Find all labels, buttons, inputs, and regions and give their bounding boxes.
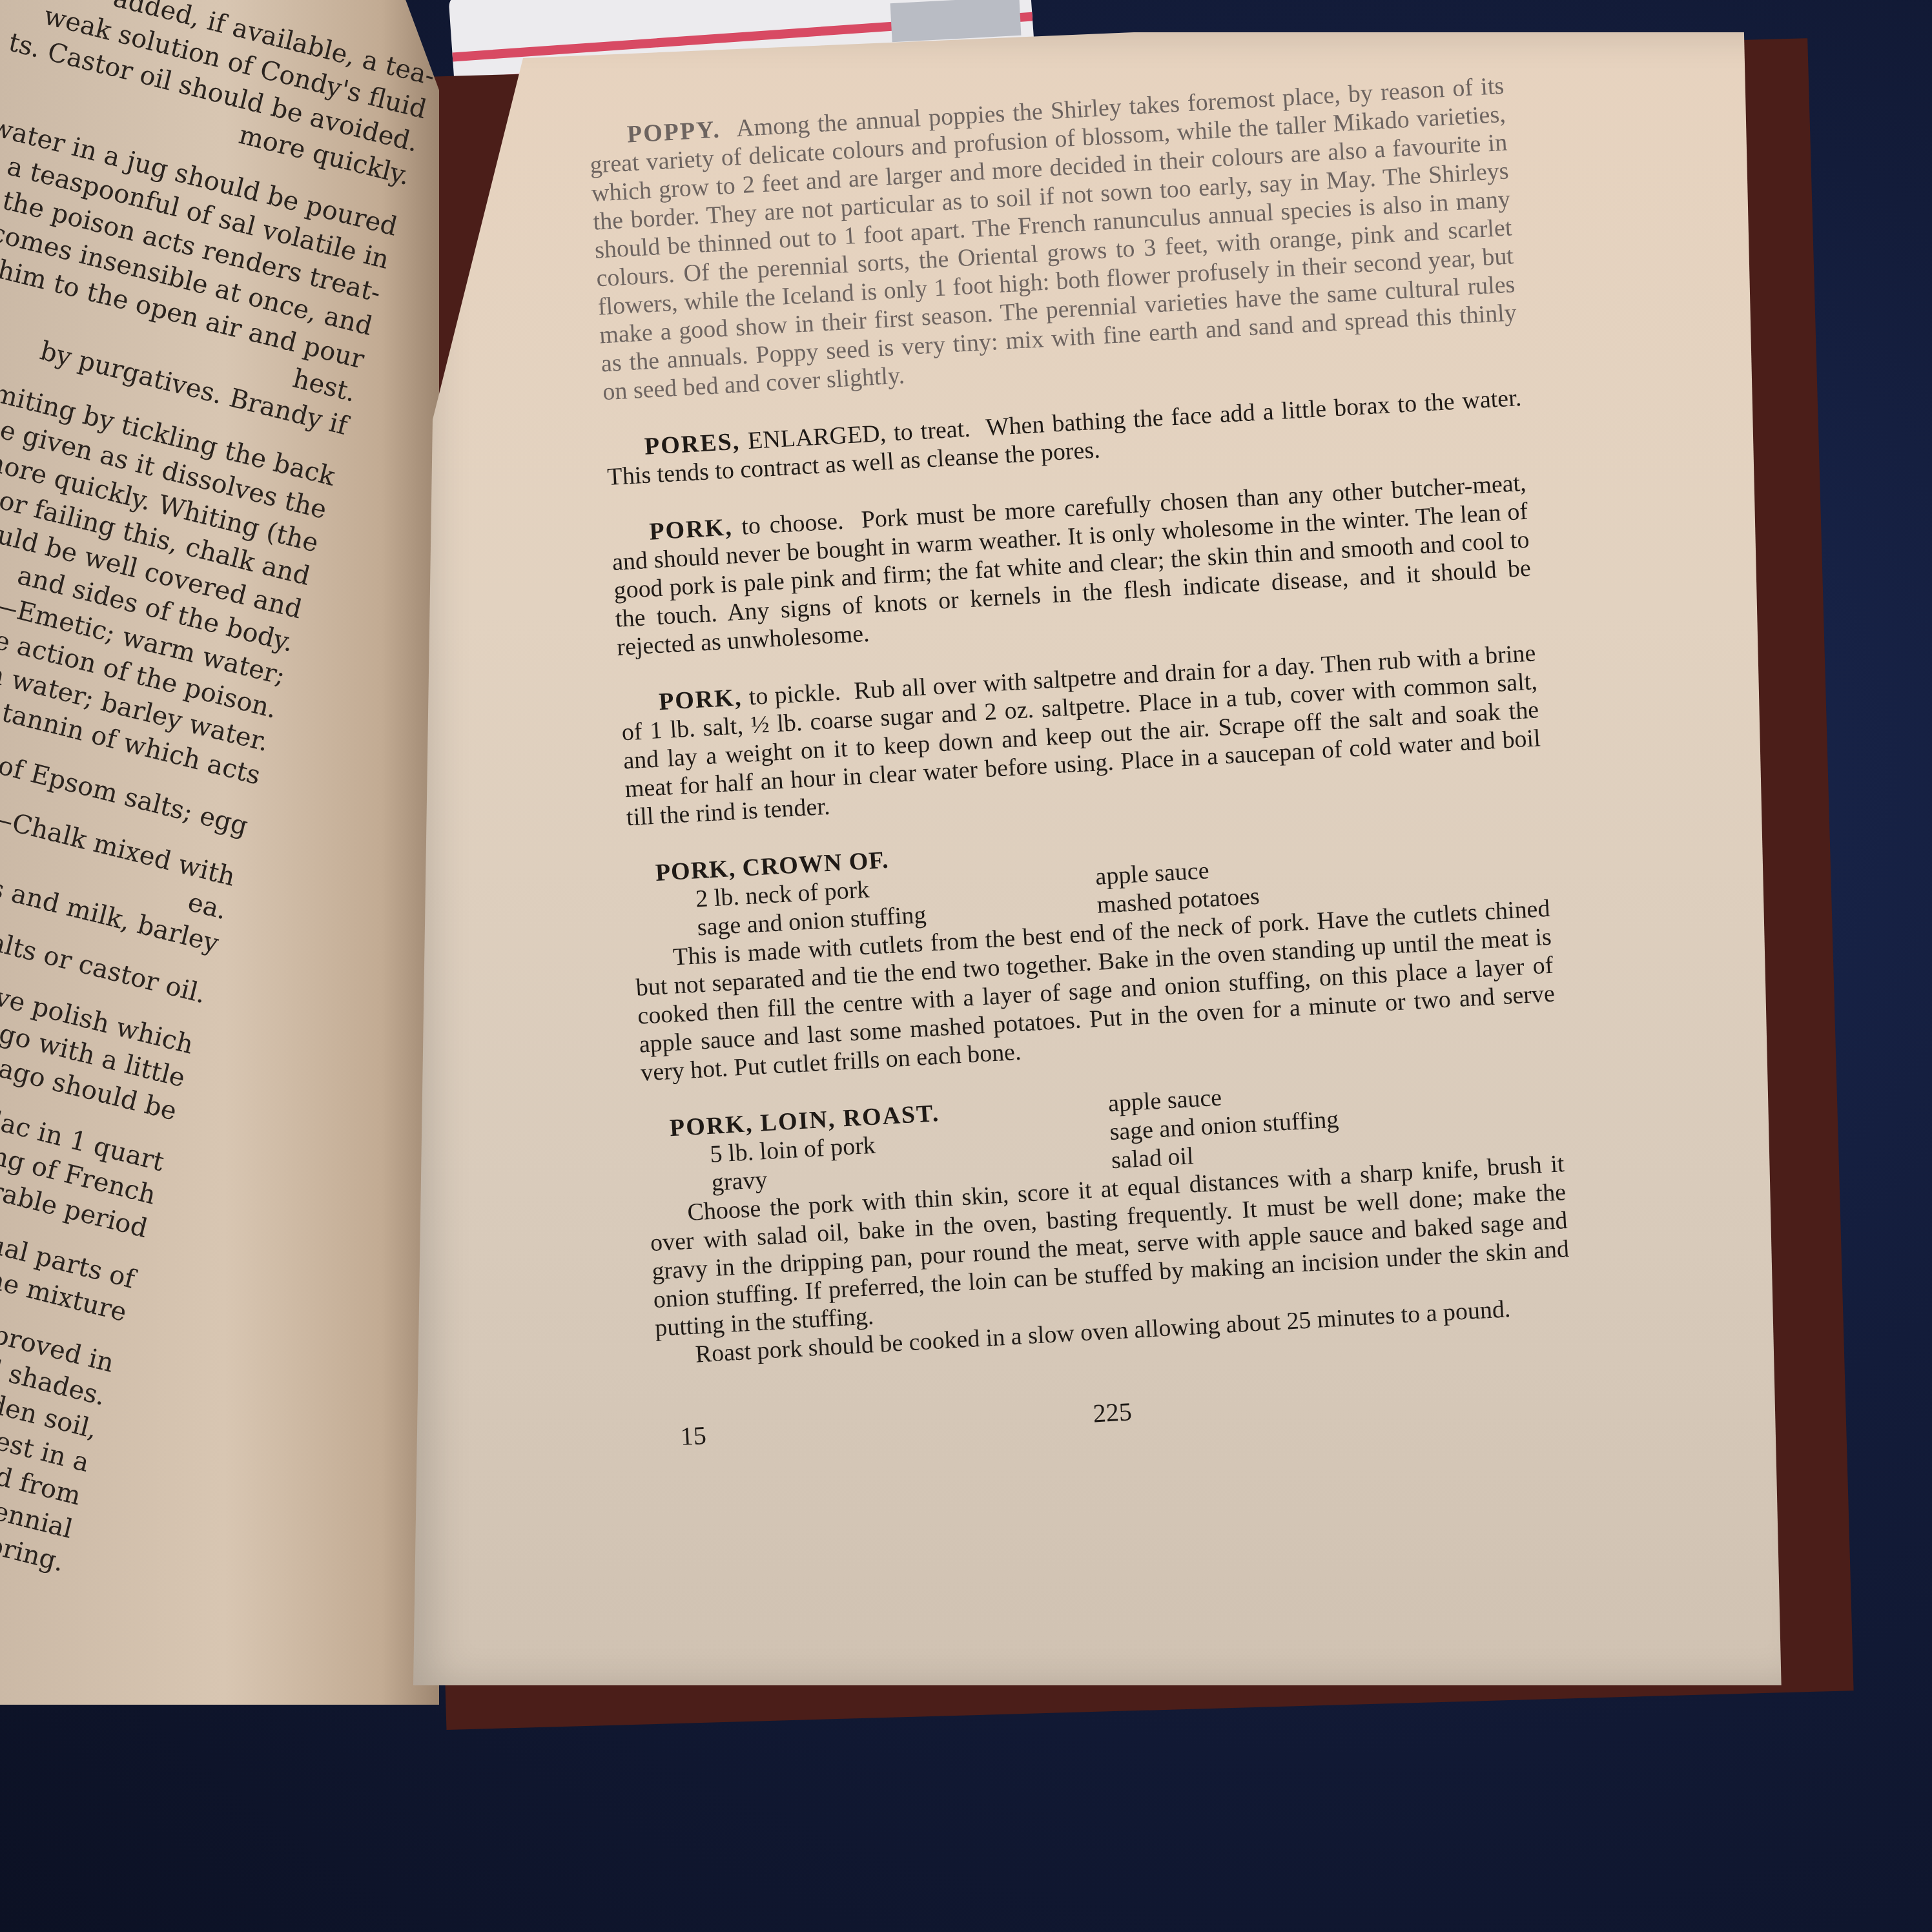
entry-pork-to-choose: PORK, to choose. Pork must be more caref… bbox=[610, 469, 1533, 662]
entry-heading: PORK, bbox=[658, 684, 743, 715]
recipe-loin-roast: PORK, LOIN, ROAST. apple sauce 5 lb. loi… bbox=[643, 1064, 1573, 1371]
page-number: 225 bbox=[1092, 1396, 1133, 1428]
signature-mark: 15 bbox=[661, 1398, 1094, 1452]
recipe-crown-of-pork: PORK, CROWN OF. 2 lb. neck of pork apple… bbox=[629, 809, 1557, 1087]
left-page-text: added, if available, a tea-weak solution… bbox=[0, 0, 438, 1580]
entry-text: Rub all over with saltpetre and drain fo… bbox=[621, 639, 1541, 831]
entry-poppy: POPPY. Among the annual poppies the Shir… bbox=[588, 72, 1519, 407]
entry-text: Among the annual poppies the Shirley tak… bbox=[590, 72, 1517, 406]
entry-heading: PORK, bbox=[648, 513, 733, 545]
right-page: POPPY. Among the annual poppies the Shir… bbox=[413, 32, 1789, 1685]
entry-pork-to-pickle: PORK, to pickle. Rub all over with saltp… bbox=[619, 639, 1543, 832]
entry-heading: POPPY. bbox=[626, 116, 721, 149]
entry-subheading: to pickle. bbox=[748, 679, 841, 711]
left-page: added, if available, a tea-weak solution… bbox=[0, 0, 439, 1705]
grey-fabric bbox=[890, 0, 1022, 42]
entry-text: When bathing the face add a little borax… bbox=[607, 384, 1523, 491]
entry-text: Pork must be more carefully chosen than … bbox=[611, 469, 1532, 661]
right-page-content: POPPY. Among the annual poppies the Shir… bbox=[588, 72, 1577, 1453]
entry-subheading: to choose. bbox=[741, 508, 844, 540]
entry-pores-enlarged: PORES, ENLARGED, to treat. When bathing … bbox=[605, 384, 1524, 491]
entry-heading: PORES, bbox=[644, 428, 741, 460]
page-footer: 15 225 bbox=[661, 1372, 1577, 1453]
